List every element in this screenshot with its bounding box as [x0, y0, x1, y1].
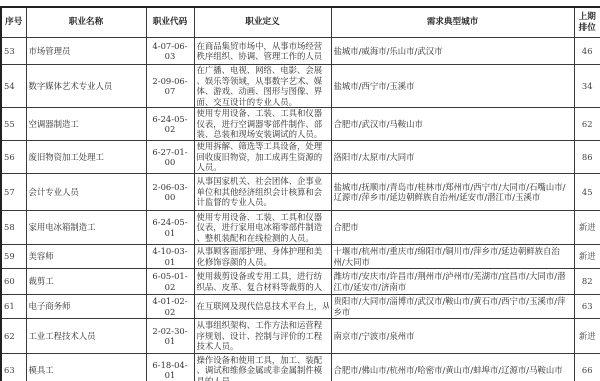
header-name: 职业名称 — [26, 7, 146, 38]
cities-line: 合肥市/佛山市/杭州市/哈密市/黄山市/蚌埠市/辽源市/马鞍山市 — [334, 365, 572, 376]
definition-line: 操作设备和使用工具，加工、装配 — [197, 355, 329, 366]
row-number: 56 — [1, 141, 26, 174]
occupation-definition: 使用专用设备、工装、工具和仪器仪表，进行家用电冰箱零部件制造、整机装配和在线检测… — [194, 211, 331, 245]
definition-line: 、娱乐等领域，从事数字艺术、媒 — [197, 76, 329, 87]
row-number: 57 — [1, 174, 26, 211]
demand-cities: 盐城市/西宁市/玉溪市 — [331, 65, 574, 108]
definition-line: 使用专用设备、工装、工具和仪器 — [197, 212, 329, 223]
definition-line: 仪表，进行空调器零部件制作、部 — [197, 119, 329, 130]
header-last-rank-line2: 排位 — [577, 23, 599, 34]
table-header-row: 序号 职业名称 职业代码 职业定义 需求典型城市 上期 排位 — [1, 7, 600, 38]
cities-line: 合肥市 — [334, 222, 572, 233]
cities-line: 盐城市/威海市/乐山市/武汉市 — [334, 46, 572, 57]
occupation-name: 家用电冰箱制造工 — [26, 211, 146, 245]
occupation-name: 电子商务师 — [26, 295, 146, 319]
occupation-code: 6-18-04-01 — [146, 354, 194, 381]
header-code: 职业代码 — [146, 7, 194, 38]
cities-line: 南京市/宁波市/泉州市 — [334, 331, 572, 342]
occupation-code: 6-24-05-01 — [146, 211, 194, 245]
table-row: 60裁剪工6-05-01-02使用裁剪设备或专用工具，进行纺织品、皮革、复合材料… — [1, 269, 600, 295]
definition-line: 从事顾客面部护理、身体护理和美 — [197, 246, 329, 257]
demand-cities: 南京市/宁波市/泉州市 — [331, 319, 574, 354]
header-definition: 职业定义 — [194, 7, 331, 38]
definition-line: 使用裁剪设备或专用工具，进行纺 — [197, 271, 329, 282]
row-number: 63 — [1, 354, 26, 381]
cities-line: 盐城市/西宁市/玉溪市 — [334, 81, 572, 92]
header-last-rank-line1: 上期 — [577, 12, 599, 23]
occupation-definition: 在商品集贸市场中，从事市场经营秩序组织、协调、管理工作的人员 — [194, 38, 331, 65]
occupation-definition: 从事国家机关、社会团体、企事业单位和其他经济组织会计核算和会计监督的专业人员。 — [194, 174, 331, 211]
cities-line: 辽源市/萍乡市/延边朝鲜族自治州/延安市/潜江市/玉溪市 — [334, 192, 572, 203]
table-row: 59美容师4-10-03-01从事顾客面部护理、身体护理和美化修饰容颜的人员。十… — [1, 245, 600, 269]
demand-cities: 合肥市/佛山市/杭州市/哈密市/黄山市/蚌埠市/辽源市/马鞍山市 — [331, 354, 574, 381]
table-row: 58家用电冰箱制造工6-24-05-01使用专用设备、工装、工具和仪器仪表，进行… — [1, 211, 600, 245]
last-rank: 82 — [574, 269, 600, 295]
row-number: 55 — [1, 108, 26, 141]
occupation-code: 6-24-05-02 — [146, 108, 194, 141]
definition-line: 面、交互设计的专业人员。 — [197, 97, 329, 108]
occupation-code: 2-02-30-01 — [146, 319, 194, 354]
table-row: 54数字媒体艺术专业人员2-09-06-07在广播、电视、网络、电影、会展、娱乐… — [1, 65, 600, 108]
occupation-code: 6-05-01-02 — [146, 269, 194, 295]
last-rank: 86 — [574, 141, 600, 174]
definition-line: 在广播、电视、网络、电影、会展 — [197, 65, 329, 76]
definition-line: 技术人员。 — [197, 341, 329, 352]
last-rank: 46 — [574, 38, 600, 65]
row-number: 58 — [1, 211, 26, 245]
occupation-name: 模具工 — [26, 354, 146, 381]
occupation-definition: 在广播、电视、网络、电影、会展、娱乐等领域，从事数字艺术、媒体、游戏、动画、图形… — [194, 65, 331, 108]
last-rank: 45 — [574, 174, 600, 211]
demand-cities: 十堰市/杭州市/重庆市/绵阳市/铜川市/萍乡市/延边朝鲜族自治州/大同市 — [331, 245, 574, 269]
definition-line: 体、游戏、动画、图形与图像、界 — [197, 86, 329, 97]
definition-line: 、整机装配和在线检测的人员。 — [197, 233, 329, 244]
last-rank: 63 — [574, 295, 600, 319]
occupation-definition: 使用拆解、筛选等工具设备，处理回收废旧物资，加工成再生资源的人员。 — [194, 141, 331, 174]
demand-cities: 合肥市/武汉市/马鞍山市 — [331, 108, 574, 141]
occupation-code: 4-01-02-02 — [146, 295, 194, 319]
last-rank: 66 — [574, 354, 600, 381]
demand-cities: 洛阳市/太原市/大同市 — [331, 141, 574, 174]
row-number: 59 — [1, 245, 26, 269]
definition-line: 从事国家机关、社会团体、企事业 — [197, 176, 329, 187]
table-row: 57会计专业人员2-06-03-00从事国家机关、社会团体、企事业单位和其他经济… — [1, 174, 600, 211]
occupation-definition: 从事组织架构、工作方法和运营程序规划、设计、控制与评价的工程技术人员。 — [194, 319, 331, 354]
definition-line: 单位和其他经济组织会计核算和会 — [197, 187, 329, 198]
row-number: 54 — [1, 65, 26, 108]
occupation-name: 工业工程技术人员 — [26, 319, 146, 354]
definition-line: 装、总装和现场安装调试的人员。 — [197, 129, 329, 140]
definition-line: 从事组织架构、工作方法和运营程 — [197, 320, 329, 331]
definition-line: 回收废旧物资，加工成再生资源的 — [197, 152, 329, 163]
occupation-name: 数字媒体艺术专业人员 — [26, 65, 146, 108]
occupation-definition: 操作设备和使用工具，加工、装配、调试和维修金属或非金属制件模具的人员。 — [194, 354, 331, 381]
header-no: 序号 — [1, 7, 26, 38]
last-rank: 新进 — [574, 245, 600, 269]
table-row: 61电子商务师4-01-02-02在互联网及现代信息技术平台上，从贵阳市/大同市… — [1, 295, 600, 319]
definition-line: 计监督的专业人员。 — [197, 197, 329, 208]
row-number: 60 — [1, 269, 26, 295]
last-rank: 新进 — [574, 319, 600, 354]
definition-line: 化修饰容颜的人员。 — [197, 257, 329, 268]
definition-line: 、调试和维修金属或非金属制件模 — [197, 365, 329, 376]
occupation-definition: 从事顾客面部护理、身体护理和美化修饰容颜的人员。 — [194, 245, 331, 269]
occupation-code: 4-07-06-03 — [146, 38, 194, 65]
table-row: 53市场管理员4-07-06-03在商品集贸市场中，从事市场经营秩序组织、协调、… — [1, 38, 600, 65]
row-number: 53 — [1, 38, 26, 65]
cities-line: 合肥市/武汉市/马鞍山市 — [334, 119, 572, 130]
occupation-name: 废旧物资加工处理工 — [26, 141, 146, 174]
table-row: 63模具工6-18-04-01操作设备和使用工具，加工、装配、调试和维修金属或非… — [1, 354, 600, 381]
definition-line: 秩序组织、协调、管理工作的人员 — [197, 51, 329, 62]
definition-line: 人员。 — [197, 162, 329, 173]
definition-line: 在商品集贸市场中，从事市场经营 — [197, 41, 329, 52]
cities-line: 十堰市/杭州市/重庆市/绵阳市/铜川市/萍乡市/延边朝鲜族自治 — [334, 246, 572, 257]
occupation-name: 裁剪工 — [26, 269, 146, 295]
definition-line: 仪表，进行家用电冰箱零部件制造 — [197, 222, 329, 233]
table-row: 56废旧物资加工处理工6-27-01-00使用拆解、筛选等工具设备，处理回收废旧… — [1, 141, 600, 174]
cities-line: 盐城市/抚顺市/青岛市/桂林市/郑州市/西宁市/大同市/石嘴山市/ — [334, 182, 572, 193]
cities-line: 江市/延安市/济南市 — [334, 282, 572, 293]
definition-line: 具的人员。 — [197, 376, 329, 381]
definition-line: 使用专用设备、工装、工具和仪器 — [197, 108, 329, 119]
table-row: 62工业工程技术人员2-02-30-01从事组织架构、工作方法和运营程序规划、设… — [1, 319, 600, 354]
header-cities: 需求典型城市 — [331, 7, 574, 38]
occupation-code: 2-09-06-07 — [146, 65, 194, 108]
occupation-definition: 在互联网及现代信息技术平台上，从 — [194, 295, 331, 319]
definition-line: 织品、皮革、复合材料等裁剪的人 — [197, 282, 329, 293]
occupation-name: 美容师 — [26, 245, 146, 269]
demand-cities: 潍坊市/安庆市/许昌市/荆州市/泸州市/芜湖市/宜昌市/大同市/潜江市/延安市/… — [331, 269, 574, 295]
last-rank: 34 — [574, 65, 600, 108]
occupation-name: 会计专业人员 — [26, 174, 146, 211]
occupation-code: 6-27-01-00 — [146, 141, 194, 174]
occupation-name: 市场管理员 — [26, 38, 146, 65]
last-rank: 新进 — [574, 211, 600, 245]
cities-line: 州/大同市 — [334, 257, 572, 268]
definition-line: 使用拆解、筛选等工具设备，处理 — [197, 141, 329, 152]
demand-cities: 盐城市/抚顺市/青岛市/桂林市/郑州市/西宁市/大同市/石嘴山市/辽源市/萍乡市… — [331, 174, 574, 211]
last-rank: 62 — [574, 108, 600, 141]
definition-line: 在互联网及现代信息技术平台上，从 — [197, 301, 329, 312]
demand-cities: 贵阳市/大同市/淄博市/武汉市/鞍山市/黄石市/西宁市/玉溪市/萍乡市 — [331, 295, 574, 319]
cities-line: 洛阳市/太原市/大同市 — [334, 152, 572, 163]
header-last-rank: 上期 排位 — [574, 7, 600, 38]
demand-cities: 盐城市/威海市/乐山市/武汉市 — [331, 38, 574, 65]
occupation-code: 4-10-03-01 — [146, 245, 194, 269]
cities-line: 潍坊市/安庆市/许昌市/荆州市/泸州市/芜湖市/宜昌市/大同市/潜 — [334, 271, 572, 282]
cities-line: 乡市 — [334, 307, 572, 318]
definition-line: 序规划、设计、控制与评价的工程 — [197, 331, 329, 342]
cities-line: 贵阳市/大同市/淄博市/武汉市/鞍山市/黄石市/西宁市/玉溪市/萍 — [334, 296, 572, 307]
row-number: 62 — [1, 319, 26, 354]
row-number: 61 — [1, 295, 26, 319]
table-row: 55空调器制造工6-24-05-02使用专用设备、工装、工具和仪器仪表，进行空调… — [1, 108, 600, 141]
demand-cities: 合肥市 — [331, 211, 574, 245]
occupation-name: 空调器制造工 — [26, 108, 146, 141]
occupation-code: 2-06-03-00 — [146, 174, 194, 211]
occupation-definition: 使用裁剪设备或专用工具，进行纺织品、皮革、复合材料等裁剪的人 — [194, 269, 331, 295]
occupation-table: 序号 职业名称 职业代码 职业定义 需求典型城市 上期 排位 53市场管理员4-… — [0, 6, 600, 381]
occupation-definition: 使用专用设备、工装、工具和仪器仪表，进行空调器零部件制作、部装、总装和现场安装调… — [194, 108, 331, 141]
